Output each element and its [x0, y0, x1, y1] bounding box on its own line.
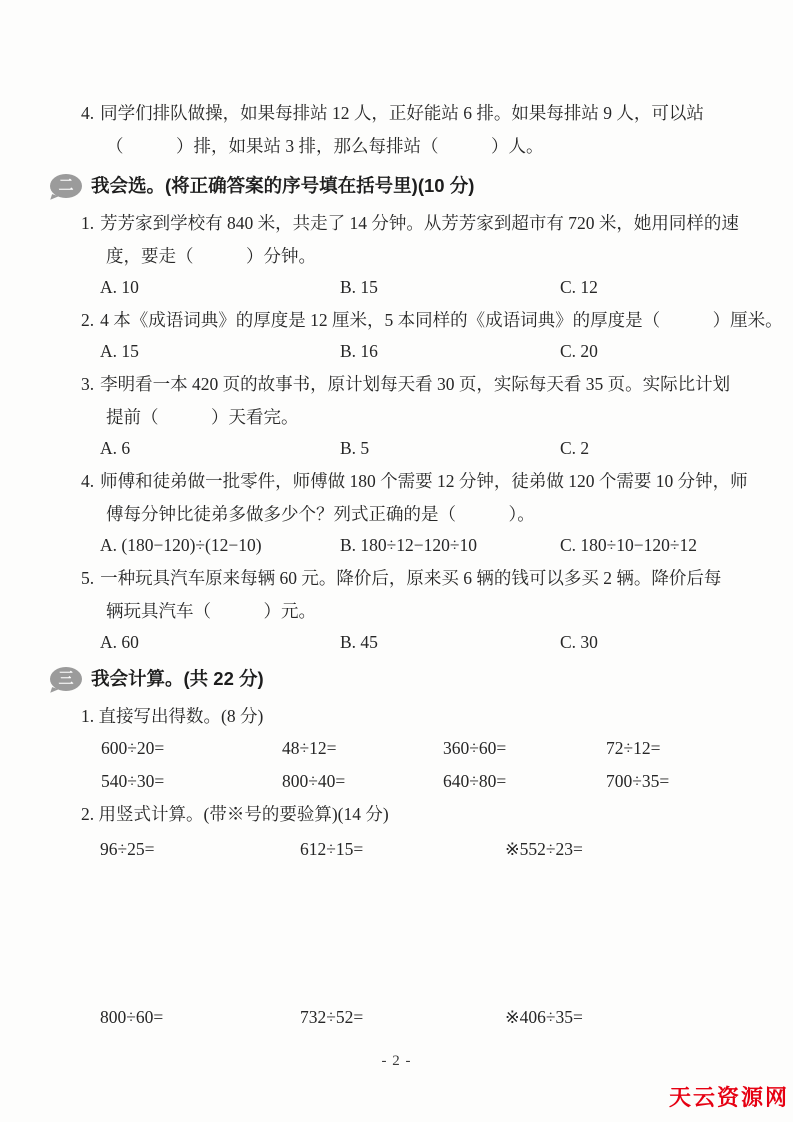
question-text: 4 本《成语词典》的厚度是 12 厘米，5 本同样的《成语词典》的厚度是（ ）厘… — [100, 310, 783, 330]
options-row: A. 10 B. 15 C. 12 — [100, 273, 745, 301]
choice-question-2: 2.4 本《成语词典》的厚度是 12 厘米，5 本同样的《成语词典》的厚度是（ … — [81, 304, 745, 365]
vertical-calc-title: 2. 用竖式计算。(带※号的要验算)(14 分) — [81, 798, 793, 830]
question-number: 5. — [81, 568, 94, 588]
choice-question-1: 1.芳芳家到学校有 840 米，共走了 14 分钟。从芳芳家到超市有 720 米… — [81, 207, 745, 301]
vertical-calc-row-2: 800÷60= 732÷52= ※406÷35= — [100, 1002, 793, 1032]
option-b: B. 5 — [340, 434, 560, 462]
oral-problem: 72÷12= — [606, 732, 793, 765]
question-number: 1. — [81, 213, 94, 233]
question-text: 师傅和徒弟做一批零件，师傅做 180 个需要 12 分钟，徒弟做 120 个需要… — [100, 471, 748, 491]
section-three-badge: 三 — [50, 667, 82, 691]
option-a: A. 15 — [100, 337, 340, 365]
option-a: A. 60 — [100, 628, 340, 656]
oral-problem: 640÷80= — [443, 765, 606, 798]
options-row: A. 15 B. 16 C. 20 — [100, 337, 745, 365]
question-number: 3. — [81, 374, 94, 394]
question-line: 4.同学们排队做操，如果每排站 12 人，正好能站 6 排。如果每排站 9 人，… — [81, 97, 745, 130]
question-line: 提前（ ）天看完。 — [106, 401, 745, 434]
question-text: 芳芳家到学校有 840 米，共走了 14 分钟。从芳芳家到超市有 720 米，她… — [100, 213, 739, 233]
oral-problem: 360÷60= — [443, 732, 606, 765]
section-two-badge: 二 — [50, 174, 82, 198]
option-b: B. 45 — [340, 628, 560, 656]
oral-problem: 48÷12= — [282, 732, 443, 765]
question-line: 5.一种玩具汽车原来每辆 60 元。降价后，原来买 6 辆的钱可以多买 2 辆。… — [81, 562, 745, 595]
choice-question-5: 5.一种玩具汽车原来每辆 60 元。降价后，原来买 6 辆的钱可以多买 2 辆。… — [81, 562, 745, 656]
exam-page: 4.同学们排队做操，如果每排站 12 人，正好能站 6 排。如果每排站 9 人，… — [0, 0, 793, 1122]
question-line: 度，要走（ ）分钟。 — [106, 240, 745, 273]
page-number: - 2 - — [0, 1053, 793, 1070]
question-line: 1.芳芳家到学校有 840 米，共走了 14 分钟。从芳芳家到超市有 720 米… — [81, 207, 745, 240]
options-row: A. 6 B. 5 C. 2 — [100, 434, 745, 462]
oral-problem: 700÷35= — [606, 765, 793, 798]
options-row: A. (180−120)÷(12−10) B. 180÷12−120÷10 C.… — [100, 531, 745, 559]
question-text: 同学们排队做操，如果每排站 12 人，正好能站 6 排。如果每排站 9 人，可以… — [100, 103, 704, 123]
question-number: 2. — [81, 310, 94, 330]
option-a: A. 10 — [100, 273, 340, 301]
oral-row-1: 600÷20= 48÷12= 360÷60= 72÷12= — [101, 732, 793, 765]
vertical-calc-problem: 800÷60= — [100, 1002, 300, 1032]
question-number: 4. — [81, 103, 94, 123]
oral-arithmetic-title: 1. 直接写出得数。(8 分) — [81, 700, 793, 732]
vertical-calc-problem: 612÷15= — [300, 834, 505, 864]
question-line: 2.4 本《成语词典》的厚度是 12 厘米，5 本同样的《成语词典》的厚度是（ … — [81, 304, 745, 337]
question-line: 3.李明看一本 420 页的故事书，原计划每天看 30 页，实际每天看 35 页… — [81, 368, 745, 401]
vertical-calc-problem: 96÷25= — [100, 834, 300, 864]
section-two-title: 我会选。(将正确答案的序号填在括号里)(10 分) — [91, 171, 474, 201]
site-watermark: 天云资源网 — [669, 1081, 789, 1112]
section-three-header: 三 我会计算。(共 22 分) — [50, 664, 793, 694]
option-b: B. 180÷12−120÷10 — [340, 531, 560, 559]
question-line: 4.师傅和徒弟做一批零件，师傅做 180 个需要 12 分钟，徒弟做 120 个… — [81, 465, 745, 498]
exam-content: 4.同学们排队做操，如果每排站 12 人，正好能站 6 排。如果每排站 9 人，… — [0, 0, 793, 1032]
options-row: A. 60 B. 45 C. 30 — [100, 628, 745, 656]
choice-question-3: 3.李明看一本 420 页的故事书，原计划每天看 30 页，实际每天看 35 页… — [81, 368, 745, 462]
option-b: B. 15 — [340, 273, 560, 301]
vertical-calc-problem: ※552÷23= — [505, 834, 793, 864]
oral-problem: 800÷40= — [282, 765, 443, 798]
option-c: C. 2 — [560, 434, 745, 462]
fill-question-4: 4.同学们排队做操，如果每排站 12 人，正好能站 6 排。如果每排站 9 人，… — [81, 97, 745, 163]
option-c: C. 20 — [560, 337, 745, 365]
section-two-header: 二 我会选。(将正确答案的序号填在括号里)(10 分) — [50, 171, 793, 201]
option-c: C. 30 — [560, 628, 745, 656]
option-a: A. (180−120)÷(12−10) — [100, 531, 340, 559]
question-line: 辆玩具汽车（ ）元。 — [106, 595, 745, 628]
question-line: （ ）排，如果站 3 排，那么每排站（ ）人。 — [106, 130, 745, 163]
vertical-calc-problem: 732÷52= — [300, 1002, 505, 1032]
oral-problem: 540÷30= — [101, 765, 282, 798]
option-b: B. 16 — [340, 337, 560, 365]
question-number: 4. — [81, 471, 94, 491]
option-c: C. 12 — [560, 273, 745, 301]
option-c: C. 180÷10−120÷12 — [560, 531, 745, 559]
oral-row-2: 540÷30= 800÷40= 640÷80= 700÷35= — [101, 765, 793, 798]
vertical-calc-problem: ※406÷35= — [505, 1002, 793, 1032]
section-three-title: 我会计算。(共 22 分) — [91, 664, 264, 694]
option-a: A. 6 — [100, 434, 340, 462]
vertical-calc-row-1: 96÷25= 612÷15= ※552÷23= — [100, 834, 793, 864]
question-text: 一种玩具汽车原来每辆 60 元。降价后，原来买 6 辆的钱可以多买 2 辆。降价… — [100, 568, 721, 588]
question-line: 傅每分钟比徒弟多做多少个？列式正确的是（ ）。 — [106, 498, 745, 531]
oral-problem: 600÷20= — [101, 732, 282, 765]
question-text: 李明看一本 420 页的故事书，原计划每天看 30 页，实际每天看 35 页。实… — [100, 374, 730, 394]
choice-question-4: 4.师傅和徒弟做一批零件，师傅做 180 个需要 12 分钟，徒弟做 120 个… — [81, 465, 745, 559]
